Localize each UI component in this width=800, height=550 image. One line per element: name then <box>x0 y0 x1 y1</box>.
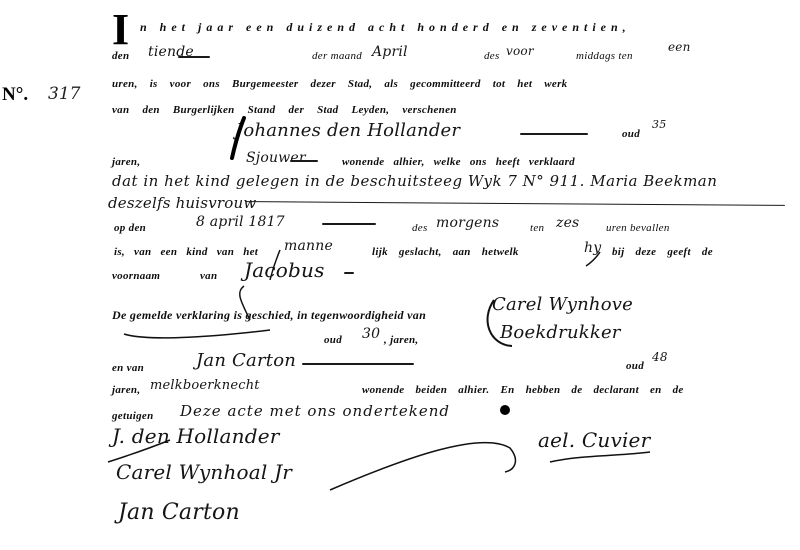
printed-line-4: van den Burgerlijken Stand der Stad Leyd… <box>112 104 457 116</box>
printed-des: des <box>484 50 500 62</box>
printed-oud-3: oud <box>626 360 644 372</box>
child-sex: manne <box>284 238 333 254</box>
printed-oud-2: oud <box>324 334 342 346</box>
printed-jaren-3: jaren, <box>112 384 140 396</box>
witness1-name: Carel Wynhove <box>492 294 633 315</box>
printed-des-2: des <box>412 222 428 234</box>
signature-witness1: Carel Wynhoal Jr <box>116 460 292 484</box>
handwritten-month: April <box>372 44 408 60</box>
handwritten-day: tiende <box>148 44 194 60</box>
printed-op-den: op den <box>114 222 146 234</box>
printed-line-1: n het jaar een duizend acht honderd en z… <box>140 20 631 35</box>
witness1-occupation: Boekdrukker <box>500 322 621 343</box>
printed-uren-bevallen: uren bevallen <box>606 222 670 234</box>
drop-cap: I <box>112 8 129 52</box>
handwritten-wife: deszelfs huisvrouw <box>108 194 256 212</box>
child-firstname: Jacobus <box>244 258 325 282</box>
declarant-name: Johannes den Hollander <box>236 120 460 141</box>
birth-hour: zes <box>556 215 579 231</box>
printed-line-15: wonende beiden alhier. En hebben de decl… <box>362 384 684 396</box>
signature-witness2: Jan Carton <box>118 500 240 525</box>
ink-blot <box>500 405 510 415</box>
printed-voornaam: voornaam <box>112 270 160 282</box>
fill-line <box>344 272 354 274</box>
printed-ten: ten <box>530 222 544 234</box>
printed-der-maand: der maand <box>312 50 362 62</box>
witness2-age: 48 <box>652 350 668 364</box>
fill-line <box>520 133 588 135</box>
printed-oud: oud <box>622 128 640 140</box>
printed-van: van <box>200 270 217 282</box>
printed-line-12: De gemelde verklaring is geschied, in te… <box>112 308 426 323</box>
fill-line <box>290 160 318 162</box>
handwritten-residence: dat in het kind gelegen in de beschuitst… <box>112 172 717 190</box>
signature-declarant: J. den Hollander <box>112 424 280 448</box>
printed-line-10a: is, van een kind van het <box>114 246 258 258</box>
record-number-label: N°. <box>2 84 28 106</box>
handwritten-hour: een <box>668 40 691 54</box>
printed-getuigen: getuigen <box>112 410 154 422</box>
printed-line-3: uren, is voor ons Burgemeester dezer Sta… <box>112 78 567 90</box>
witness2-occupation: melkboerknecht <box>150 378 260 393</box>
declarant-occupation: Sjouwer <box>246 150 306 166</box>
witness2-name: Jan Carton <box>196 350 296 371</box>
printed-en-van: en van <box>112 362 144 374</box>
witness1-age: 30 <box>362 326 380 342</box>
printed-den: den <box>112 50 129 62</box>
fill-line <box>178 56 210 58</box>
record-number: 317 <box>48 84 80 104</box>
declarant-age: 35 <box>652 118 666 131</box>
printed-line-6: wonende alhier, welke ons heeft verklaar… <box>342 156 575 168</box>
birth-date: 8 april 1817 <box>196 214 285 230</box>
signature-official: ael. Cuvier <box>538 428 650 452</box>
printed-middags-ten: middags ten <box>576 50 633 62</box>
printed-jaren-2: , jaren, <box>384 334 419 346</box>
handwritten-morgens: morgens <box>436 215 499 231</box>
fill-line <box>302 363 414 365</box>
handwritten-closing: Deze acte met ons ondertekend <box>180 402 450 420</box>
handwritten-voor: voor <box>506 44 534 58</box>
printed-line-10b: lijk geslacht, aan hetwelk <box>372 246 519 258</box>
fill-line <box>322 223 376 225</box>
handwritten-hy: hy <box>584 240 601 256</box>
printed-line-10c: bij deze geeft de <box>612 246 713 258</box>
fill-line <box>245 201 785 206</box>
printed-jaren: jaren, <box>112 156 140 168</box>
